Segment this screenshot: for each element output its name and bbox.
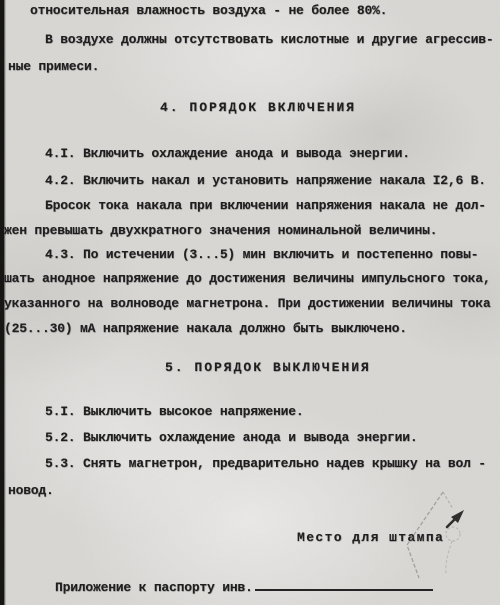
text-line: шать анодное напряжение до достижения ве…	[4, 272, 490, 286]
text-line: 4.I. Включить охлаждение анода и вывода …	[45, 147, 410, 161]
text-line: относительная влажность воздуха - не бол…	[30, 4, 387, 18]
text-line: 5.I. Выключить высокое напряжение.	[45, 405, 303, 419]
inventory-number-blank	[255, 577, 433, 591]
text-line: жен превышать двухкратного значения номи…	[4, 224, 437, 238]
text-line: В воздухе должны отсутствовать кислотные…	[45, 33, 493, 47]
section-5-heading: 5. ПОРЯДОК ВЫКЛЮЧЕНИЯ	[165, 361, 371, 375]
text-line: новод.	[8, 484, 54, 498]
text-line: ные примеси.	[8, 60, 99, 74]
text-line: 4.3. По истечении (3...5) мин включить и…	[45, 248, 478, 262]
text-line: (25...30) мА напряжение накала должно бы…	[4, 322, 407, 336]
text-line: 4.2. Включить накал и установить напряже…	[45, 174, 486, 188]
stamp-placeholder-label: Место для штампа	[297, 531, 444, 545]
text-line: 5.2. Выключить охлаждение анода и вывода…	[45, 431, 417, 445]
section-4-heading: 4. ПОРЯДОК ВКЛЮЧЕНИЯ	[160, 101, 356, 115]
text-line: 5.3. Снять магнетрон, предварительно над…	[45, 457, 486, 471]
scanned-document-page: относительная влажность воздуха - не бол…	[0, 0, 500, 605]
appendix-label: Приложение к паспорту инв.	[55, 580, 253, 595]
text-line: указанного на волноводе магнетрона. При …	[4, 297, 490, 311]
appendix-line: Приложение к паспорту инв.	[55, 577, 433, 595]
text-line: Бросок тока накала при включении напряже…	[45, 199, 486, 213]
